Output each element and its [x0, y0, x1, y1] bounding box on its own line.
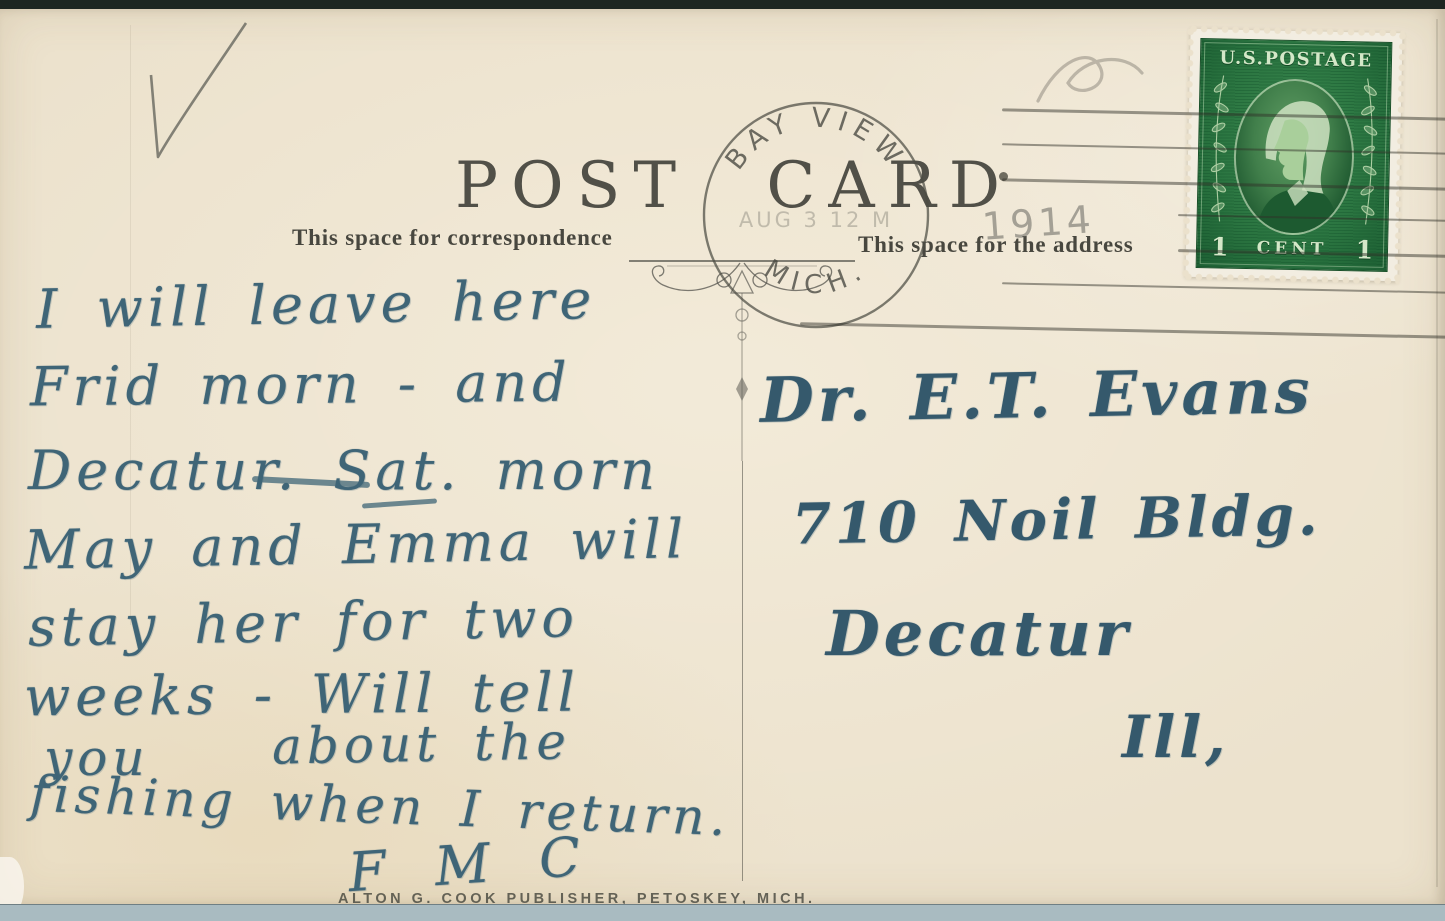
postmark-date: AUG 3 12 M: [739, 208, 893, 232]
stamp-denom-left: 1: [1211, 232, 1229, 261]
address-line: Ill,: [1122, 703, 1229, 771]
divider-line: [742, 461, 743, 881]
paper-edge-shadow: [1436, 19, 1438, 887]
postmark-year: 1914: [981, 197, 1097, 249]
message-line: Decatur. Sat. morn: [28, 439, 660, 502]
stamp-denom-right: 1: [1355, 235, 1373, 264]
stamp-denomination-row: 1 CENT 1: [1211, 232, 1374, 264]
svg-text:MICH.: MICH.: [759, 254, 873, 300]
pencil-checkmark-icon: [138, 17, 258, 167]
laurel-left-icon: [1209, 73, 1232, 223]
message-line: May and Emma will: [24, 507, 689, 582]
postcard-scan: POST CARD This space for correspondence …: [0, 0, 1445, 921]
svg-text:BAY VIEW: BAY VIEW: [719, 102, 912, 175]
stamp-portrait-oval: [1232, 78, 1355, 236]
laurel-right-icon: [1357, 76, 1380, 226]
scan-edge-top: [0, 0, 1445, 9]
pencil-scribble-icon: [1026, 37, 1156, 127]
message-line: fishing when I return.: [29, 765, 731, 847]
postmark-town: BAY VIEW: [719, 102, 912, 175]
postmark-state: MICH.: [759, 254, 873, 300]
washington-portrait-icon: [1234, 80, 1353, 234]
address-line: 710 Noil Bldg.: [791, 482, 1321, 557]
ink-dot: [999, 172, 1008, 181]
message-line: I will leave here: [35, 268, 596, 341]
message-line: about the: [272, 712, 572, 775]
message-line: Frid morn - and: [30, 351, 572, 419]
postcard-back: POST CARD This space for correspondence …: [0, 9, 1445, 905]
address-line: Dr. E.T. Evans: [759, 354, 1314, 437]
correspondence-caption: This space for correspondence: [292, 225, 613, 251]
address-line: Decatur: [826, 597, 1132, 670]
message-line: stay her for two: [27, 586, 579, 659]
stamp-denom-word: CENT: [1256, 238, 1327, 259]
stamp-country-label: U.S.POSTAGE: [1201, 47, 1391, 72]
postmark-stamp: BAY VIEW MICH. AUG 3 12 M: [698, 97, 934, 333]
scan-edge-bottom: [0, 904, 1445, 921]
postage-stamp: U.S.POSTAGE: [1185, 29, 1402, 281]
stamp-frame: U.S.POSTAGE: [1196, 38, 1393, 272]
